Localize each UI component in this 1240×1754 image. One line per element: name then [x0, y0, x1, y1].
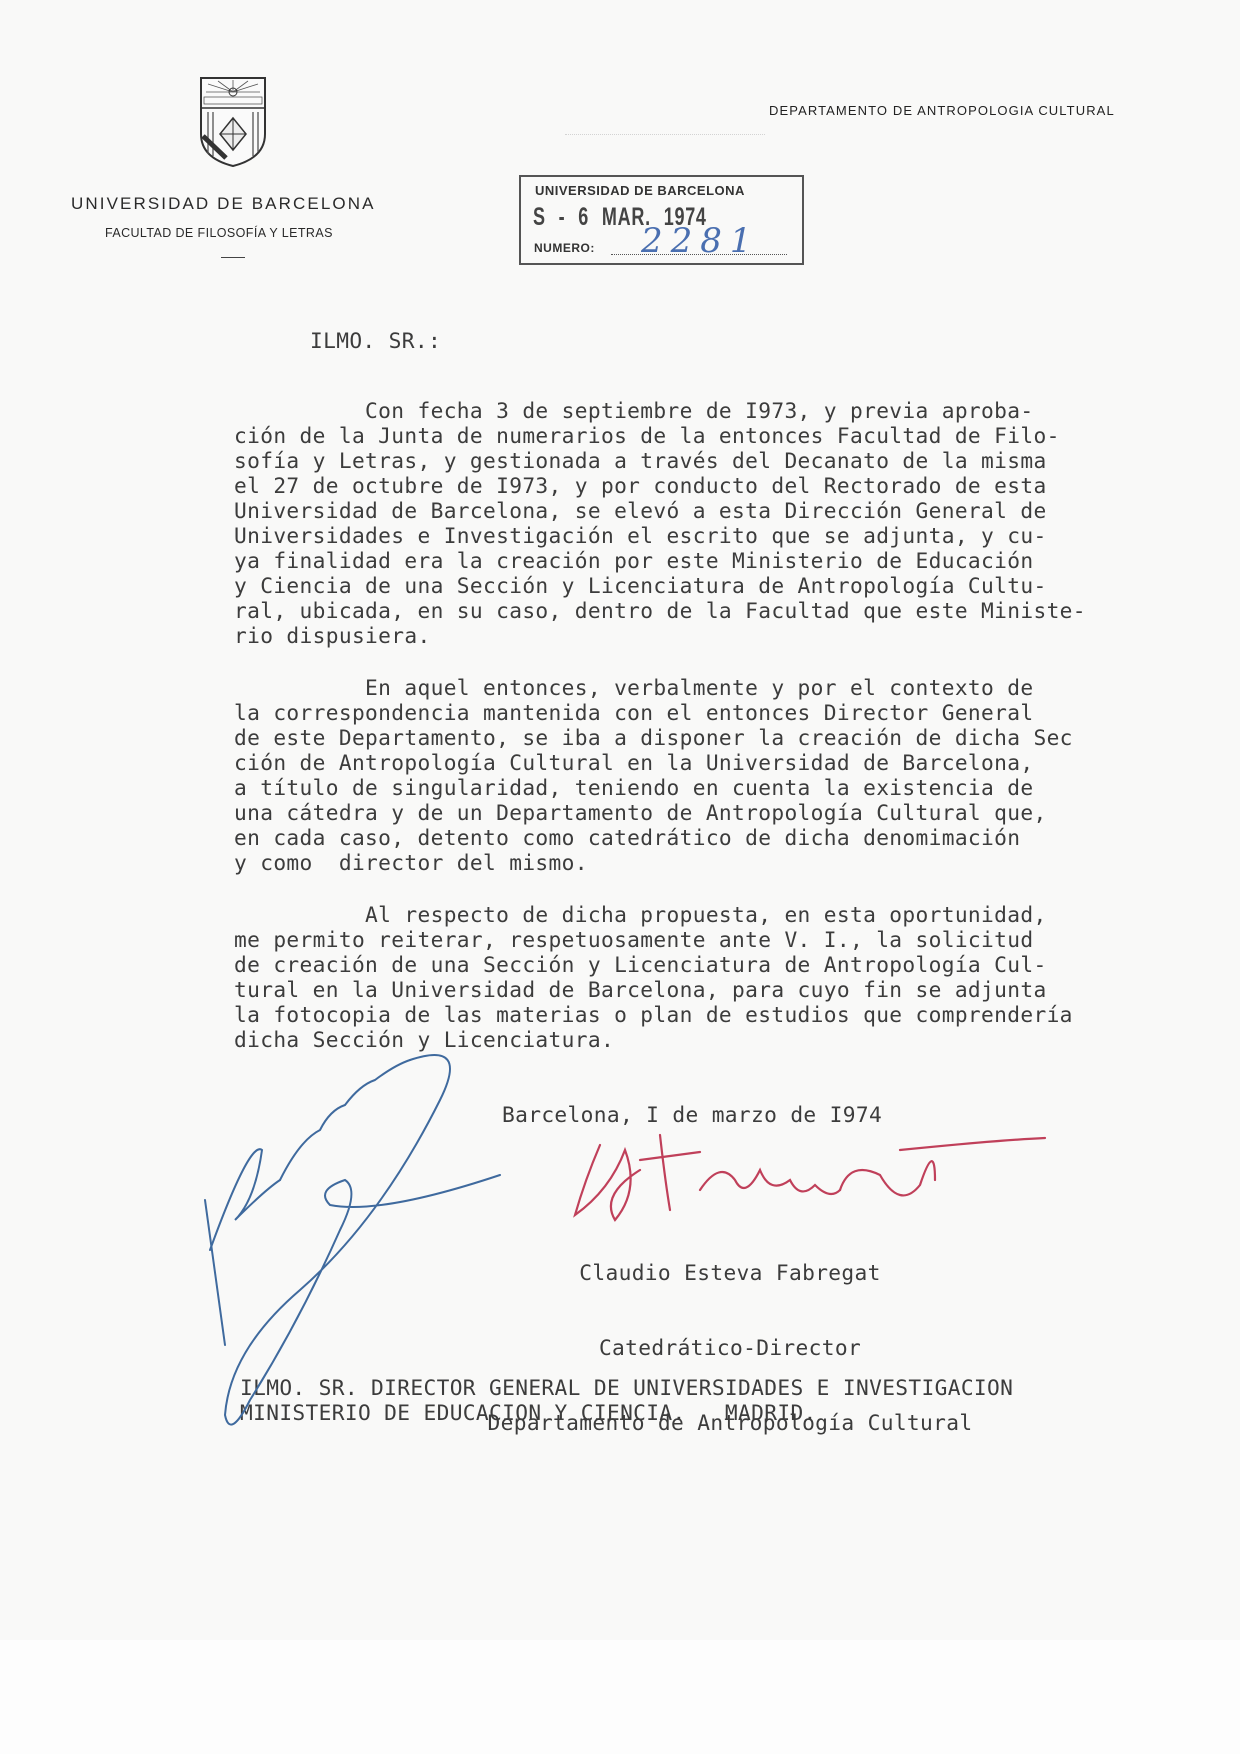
- header-divider: [221, 257, 245, 258]
- addressee: ILMO. SR. DIRECTOR GENERAL DE UNIVERSIDA…: [240, 1375, 1013, 1425]
- department-header: DEPARTAMENTO DE ANTROPOLOGIA CULTURAL: [769, 103, 1115, 118]
- university-crest-icon: [198, 76, 268, 168]
- paragraph-3: Al respecto de dicha propuesta, en esta …: [234, 902, 1073, 1052]
- faculty-name: FACULTAD DE FILOSOFÍA Y LETRAS: [105, 226, 333, 240]
- registry-stamp: UNIVERSIDAD DE BARCELONA S - 6 MAR. 1974…: [519, 175, 804, 265]
- faint-marks: [565, 126, 765, 135]
- place-date: Barcelona, I de marzo de I974: [502, 1102, 882, 1127]
- university-name: UNIVERSIDAD DE BARCELONA: [71, 194, 376, 214]
- paragraph-1: Con fecha 3 de septiembre de I973, y pre…: [234, 398, 1086, 648]
- signatory-name: Claudio Esteva Fabregat: [440, 1260, 1020, 1285]
- paragraph-2: En aquel entonces, verbalmente y por el …: [234, 675, 1073, 875]
- stamp-number-label: NUMERO:: [534, 241, 595, 255]
- stamp-number-value: 2281: [641, 221, 760, 261]
- stamp-title: UNIVERSIDAD DE BARCELONA: [535, 183, 745, 198]
- salutation: ILMO. SR.:: [310, 328, 441, 353]
- signatory-title: Catedrático-Director: [440, 1335, 1020, 1360]
